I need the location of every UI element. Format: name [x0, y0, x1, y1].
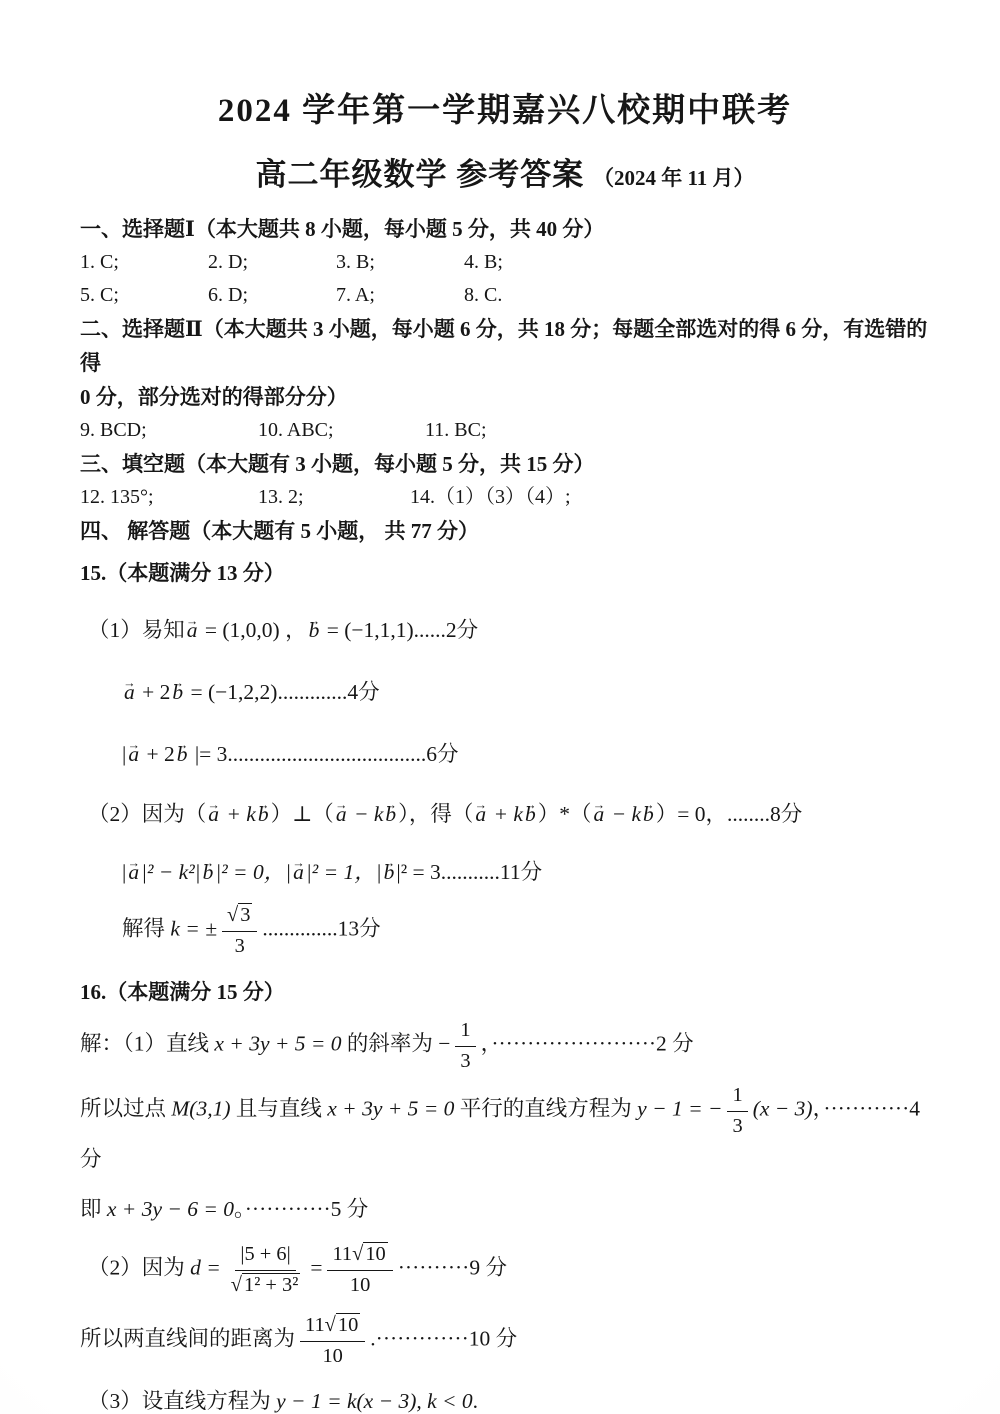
text-segment: （2）因为 [88, 1256, 190, 1280]
p16-step5: 所以两直线间的距离为11√1010.·············10 分 [80, 1312, 930, 1369]
p15-step5: |a|² − k²|b|² = 0，|a|² = 1，|b|² = 3.....… [80, 852, 930, 892]
vector-b: b [175, 734, 190, 774]
fraction-numerator: √3 [222, 902, 257, 932]
math-segment: |= 3....................................… [189, 742, 458, 766]
p15-step2: a + 2b = (−1,2,2).............4分 [80, 672, 930, 712]
p16-step6: （3）设直线方程为 y − 1 = k(x − 3), k < 0. [80, 1381, 930, 1414]
vector-a: a [126, 852, 141, 892]
answers-12-14: 12. 135°; 13. 2; 14.（1）（3）（4）; [80, 481, 930, 514]
dots-score: ..............13分 [262, 916, 380, 940]
math-segment: k = ± [170, 916, 217, 940]
p15-heading: 15.（本题满分 13 分） [80, 556, 930, 590]
math-segment: |² = 0，| [215, 860, 291, 884]
math-segment: y − 1 = − [637, 1097, 722, 1121]
vector-b: b [523, 794, 538, 834]
text-segment: 解得 [122, 916, 170, 940]
answer-4: 4. B; [464, 246, 503, 279]
text-segment: 的斜率为 − [342, 1031, 451, 1055]
fraction-denominator: 3 [455, 1047, 475, 1075]
fraction-numerator: 11√10 [327, 1241, 392, 1271]
answer-11: 11. BC; [425, 414, 487, 447]
answer-6: 6. D; [208, 279, 331, 312]
math-segment: − k [606, 802, 641, 826]
math-segment: + k [221, 802, 256, 826]
text-segment: ）⊥（ [271, 802, 334, 826]
vector-a: a [126, 734, 141, 774]
math-segment: x + 3y + 5 = 0 [214, 1031, 341, 1055]
section1-heading: 一、选择题Ⅰ（本大题共 8 小题，每小题 5 分，共 40 分） [80, 212, 930, 246]
math-segment: x + 3y − 6 = 0 [107, 1197, 234, 1221]
answer-7: 7. A; [336, 279, 459, 312]
vector-b: b [256, 794, 271, 834]
math-segment: y − 1 = k(x − 3), k < 0 [276, 1389, 473, 1413]
sqrt-radical: √ [352, 1243, 363, 1265]
math-segment: + 2 [137, 680, 171, 704]
text-segment: ），得（ [398, 802, 473, 826]
text-segment: ）*（ [538, 802, 592, 826]
p16-step2: 所以过点 M(3,1) 且与直线 x + 3y + 5 = 0 平行的直线方程为… [80, 1082, 930, 1179]
sqrt-argument: 1² + 3² [242, 1273, 300, 1296]
vector-b: b [170, 672, 185, 712]
answer-5: 5. C; [80, 279, 203, 312]
answer-12: 12. 135°; [80, 481, 253, 514]
math-segment: (x − 3) [753, 1097, 813, 1121]
text-segment: （3）设直线方程为 [88, 1389, 276, 1413]
section2-heading-line1: 二、选择题Ⅱ（本大题共 3 小题，每小题 6 分，共 18 分；每题全部选对的得… [80, 312, 930, 380]
math-segment: |² = 1，| [306, 860, 382, 884]
math-segment: = (−1,2,2).............4分 [185, 680, 379, 704]
answer-10: 10. ABC; [258, 414, 420, 447]
subtitle-date: （2024 年 11 月） [593, 166, 755, 190]
text-segment: 解：（1）直线 [80, 1031, 214, 1055]
p15-step6: 解得 k = ±√33..............13分 [80, 902, 930, 959]
sqrt-argument: 10 [363, 1242, 387, 1265]
page-subtitle: 高二年级数学 参考答案 （2024 年 11 月） [80, 149, 930, 194]
math-segment: = (−1,1,1)......2分 [321, 618, 478, 642]
fraction-denominator: 3 [727, 1112, 747, 1140]
fraction: 13 [727, 1082, 747, 1139]
sqrt-argument: 3 [238, 903, 252, 926]
sqrt-radical: √ [227, 904, 238, 926]
sqrt-argument: 10 [336, 1313, 360, 1336]
fraction: 11√1010 [300, 1312, 365, 1369]
dots-score: ··········9 分 [398, 1256, 507, 1280]
p16-step1: 解：（1）直线 x + 3y + 5 = 0 的斜率为 −13，········… [80, 1017, 930, 1074]
fraction: |5 + 6|√1² + 3² [226, 1241, 306, 1298]
answer-key-page: 2024 学年第一学期嘉兴八校期中联考 高二年级数学 参考答案 （2024 年 … [0, 0, 1000, 1414]
math-segment: + 2 [141, 742, 175, 766]
fraction-denominator: 10 [345, 1271, 375, 1299]
math-segment: = [310, 1256, 322, 1280]
vector-a: a [122, 672, 137, 712]
fraction-denominator: √1² + 3² [226, 1271, 306, 1299]
vector-a: a [206, 794, 221, 834]
answers-5-8: 5. C; 6. D; 7. A; 8. C. [80, 279, 930, 312]
dots-score: .·············10 分 [370, 1327, 517, 1351]
section3-heading: 三、填空题（本大题有 3 小题，每小题 5 分，共 15 分） [80, 447, 930, 481]
math-segment: |² − k²| [141, 860, 201, 884]
answer-14: 14.（1）（3）（4）; [410, 481, 571, 514]
math-segment: + k [488, 802, 523, 826]
vector-a: a [473, 794, 488, 834]
text-segment: （2）因为（ [88, 802, 206, 826]
vector-b: b [307, 610, 322, 650]
math-segment: M(3,1) [171, 1097, 230, 1121]
text-segment: 即 [80, 1197, 107, 1221]
p16-step3: 即 x + 3y − 6 = 0。············5 分 [80, 1189, 930, 1229]
math-segment: 11 [332, 1243, 352, 1265]
fraction-numerator: 1 [727, 1082, 747, 1112]
fraction-denominator: 10 [317, 1342, 347, 1370]
text-segment: 所以过点 [80, 1097, 171, 1121]
answers-1-4: 1. C; 2. D; 3. B; 4. B; [80, 246, 930, 279]
dots-score: 。············5 分 [234, 1197, 368, 1221]
vector-a: a [334, 794, 349, 834]
p16-step4: （2）因为 d =|5 + 6|√1² + 3²=11√1010········… [80, 1241, 930, 1298]
vector-a: a [591, 794, 606, 834]
fraction-numerator: 11√10 [300, 1312, 365, 1342]
vector-a: a [185, 610, 200, 650]
answer-8: 8. C. [464, 279, 502, 312]
p15-step4: （2）因为（a + kb）⊥（a − kb），得（a + kb）*（a − kb… [80, 794, 930, 834]
answer-2: 2. D; [208, 246, 331, 279]
text-segment: 所以两直线间的距离为 [80, 1327, 295, 1351]
answer-1: 1. C; [80, 246, 203, 279]
sqrt-radical: √ [325, 1314, 336, 1336]
section2-heading-line2: 0 分，部分选对的得部分分） [80, 380, 930, 414]
answer-13: 13. 2; [258, 481, 405, 514]
math-segment: − k [349, 802, 384, 826]
vector-b: b [641, 794, 656, 834]
p15-step3: |a + 2b |= 3............................… [80, 734, 930, 774]
answers-9-11: 9. BCD; 10. ABC; 11. BC; [80, 414, 930, 447]
fraction: 11√1010 [327, 1241, 392, 1298]
vector-a: a [291, 852, 306, 892]
fraction: 13 [455, 1017, 475, 1074]
page-title: 2024 学年第一学期嘉兴八校期中联考 [80, 84, 930, 131]
subtitle-text: 高二年级数学 参考答案 [255, 157, 584, 192]
fraction: √33 [222, 902, 257, 959]
text-segment: . [473, 1389, 478, 1413]
math-segment: x + 3y + 5 = 0 [327, 1097, 454, 1121]
vector-b: b [382, 852, 397, 892]
sqrt-radical: √ [231, 1274, 242, 1296]
math-segment: d = [190, 1256, 221, 1280]
p15-step1: （1）易知a = (1,0,0) ，b = (−1,1,1)......2分 [80, 610, 930, 650]
section4-heading: 四、 解答题（本大题有 5 小题， 共 77 分） [80, 514, 930, 548]
text-segment: （1）易知 [88, 618, 185, 642]
math-segment: 11 [305, 1314, 325, 1336]
dots-score: ，·······················2 分 [481, 1031, 694, 1055]
text-segment: 且与直线 [231, 1097, 328, 1121]
text-segment: ）= 0，........8分 [656, 802, 803, 826]
answer-3: 3. B; [336, 246, 459, 279]
math-segment: = (1,0,0) ， [200, 618, 307, 642]
fraction-numerator: |5 + 6| [235, 1241, 295, 1271]
p16-heading: 16.（本题满分 15 分） [80, 975, 930, 1009]
vector-b: b [201, 852, 216, 892]
fraction-denominator: 3 [230, 932, 250, 960]
answer-9: 9. BCD; [80, 414, 253, 447]
vector-b: b [383, 794, 398, 834]
math-segment: |² = 3...........11分 [396, 860, 542, 884]
text-segment: 平行的直线方程为 [454, 1097, 637, 1121]
fraction-numerator: 1 [455, 1017, 475, 1047]
